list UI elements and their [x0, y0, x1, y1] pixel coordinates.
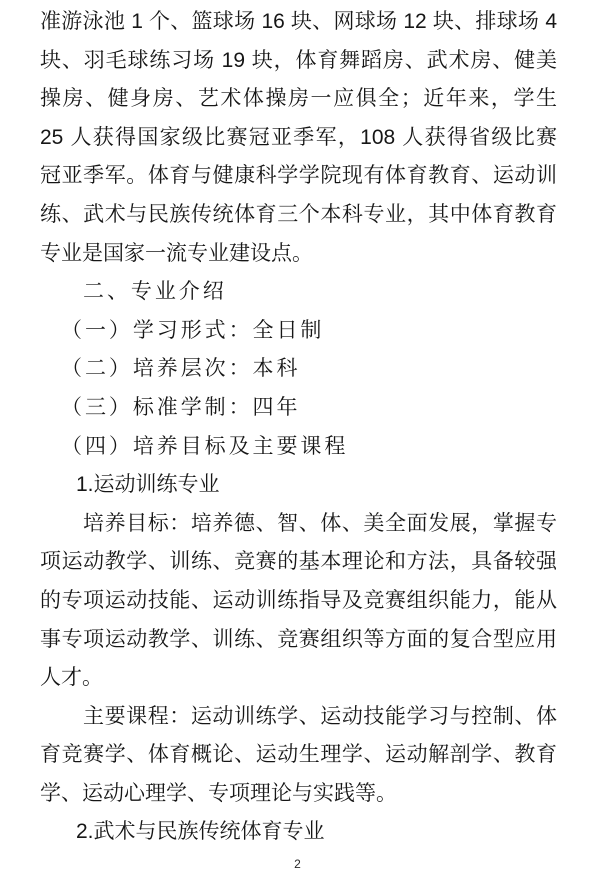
text-line: 学、运动心理学、专项理论与实践等。 — [40, 775, 557, 814]
sub-heading: 2.武术与民族传统体育专业 — [40, 813, 557, 852]
page-number: 2 — [0, 856, 595, 872]
document-page: 准游泳池 1 个、篮球场 16 块、网球场 12 块、排球场 4 块、羽毛球练习… — [0, 0, 595, 895]
text-line: 25 人获得国家级比赛冠亚季军，108 人获得省级比赛 — [40, 119, 557, 158]
list-item: （三）标准学制：四年 — [40, 389, 557, 428]
text-line: 练、武术与民族传统体育三个本科专业，其中体育教育 — [40, 196, 557, 235]
text-line: 操房、健身房、艺术体操房一应俱全；近年来，学生 — [40, 80, 557, 119]
list-item: （二）培养层次：本科 — [40, 350, 557, 389]
sub-heading: 1.运动训练专业 — [40, 466, 557, 505]
document-text-block: 准游泳池 1 个、篮球场 16 块、网球场 12 块、排球场 4 块、羽毛球练习… — [40, 3, 557, 852]
text-line: 准游泳池 1 个、篮球场 16 块、网球场 12 块、排球场 4 — [40, 3, 557, 42]
text-line: 事专项运动教学、训练、竞赛组织等方面的复合型应用 — [40, 621, 557, 660]
text-line: 项运动教学、训练、竞赛的基本理论和方法，具备较强 — [40, 543, 557, 582]
text-line: 培养目标：培养德、智、体、美全面发展，掌握专 — [40, 505, 557, 544]
text-line: 冠亚季军。体育与健康科学学院现有体育教育、运动训 — [40, 157, 557, 196]
section-heading: 二、专业介绍 — [40, 273, 557, 312]
list-item: （四）培养目标及主要课程 — [40, 428, 557, 467]
text-line: 主要课程：运动训练学、运动技能学习与控制、体 — [40, 698, 557, 737]
text-line: 块、羽毛球练习场 19 块，体育舞蹈房、武术房、健美 — [40, 42, 557, 81]
list-item: （一）学习形式：全日制 — [40, 312, 557, 351]
text-line: 专业是国家一流专业建设点。 — [40, 235, 557, 274]
text-line: 育竞赛学、体育概论、运动生理学、运动解剖学、教育 — [40, 736, 557, 775]
text-line: 人才。 — [40, 659, 557, 698]
text-line: 的专项运动技能、运动训练指导及竞赛组织能力，能从 — [40, 582, 557, 621]
